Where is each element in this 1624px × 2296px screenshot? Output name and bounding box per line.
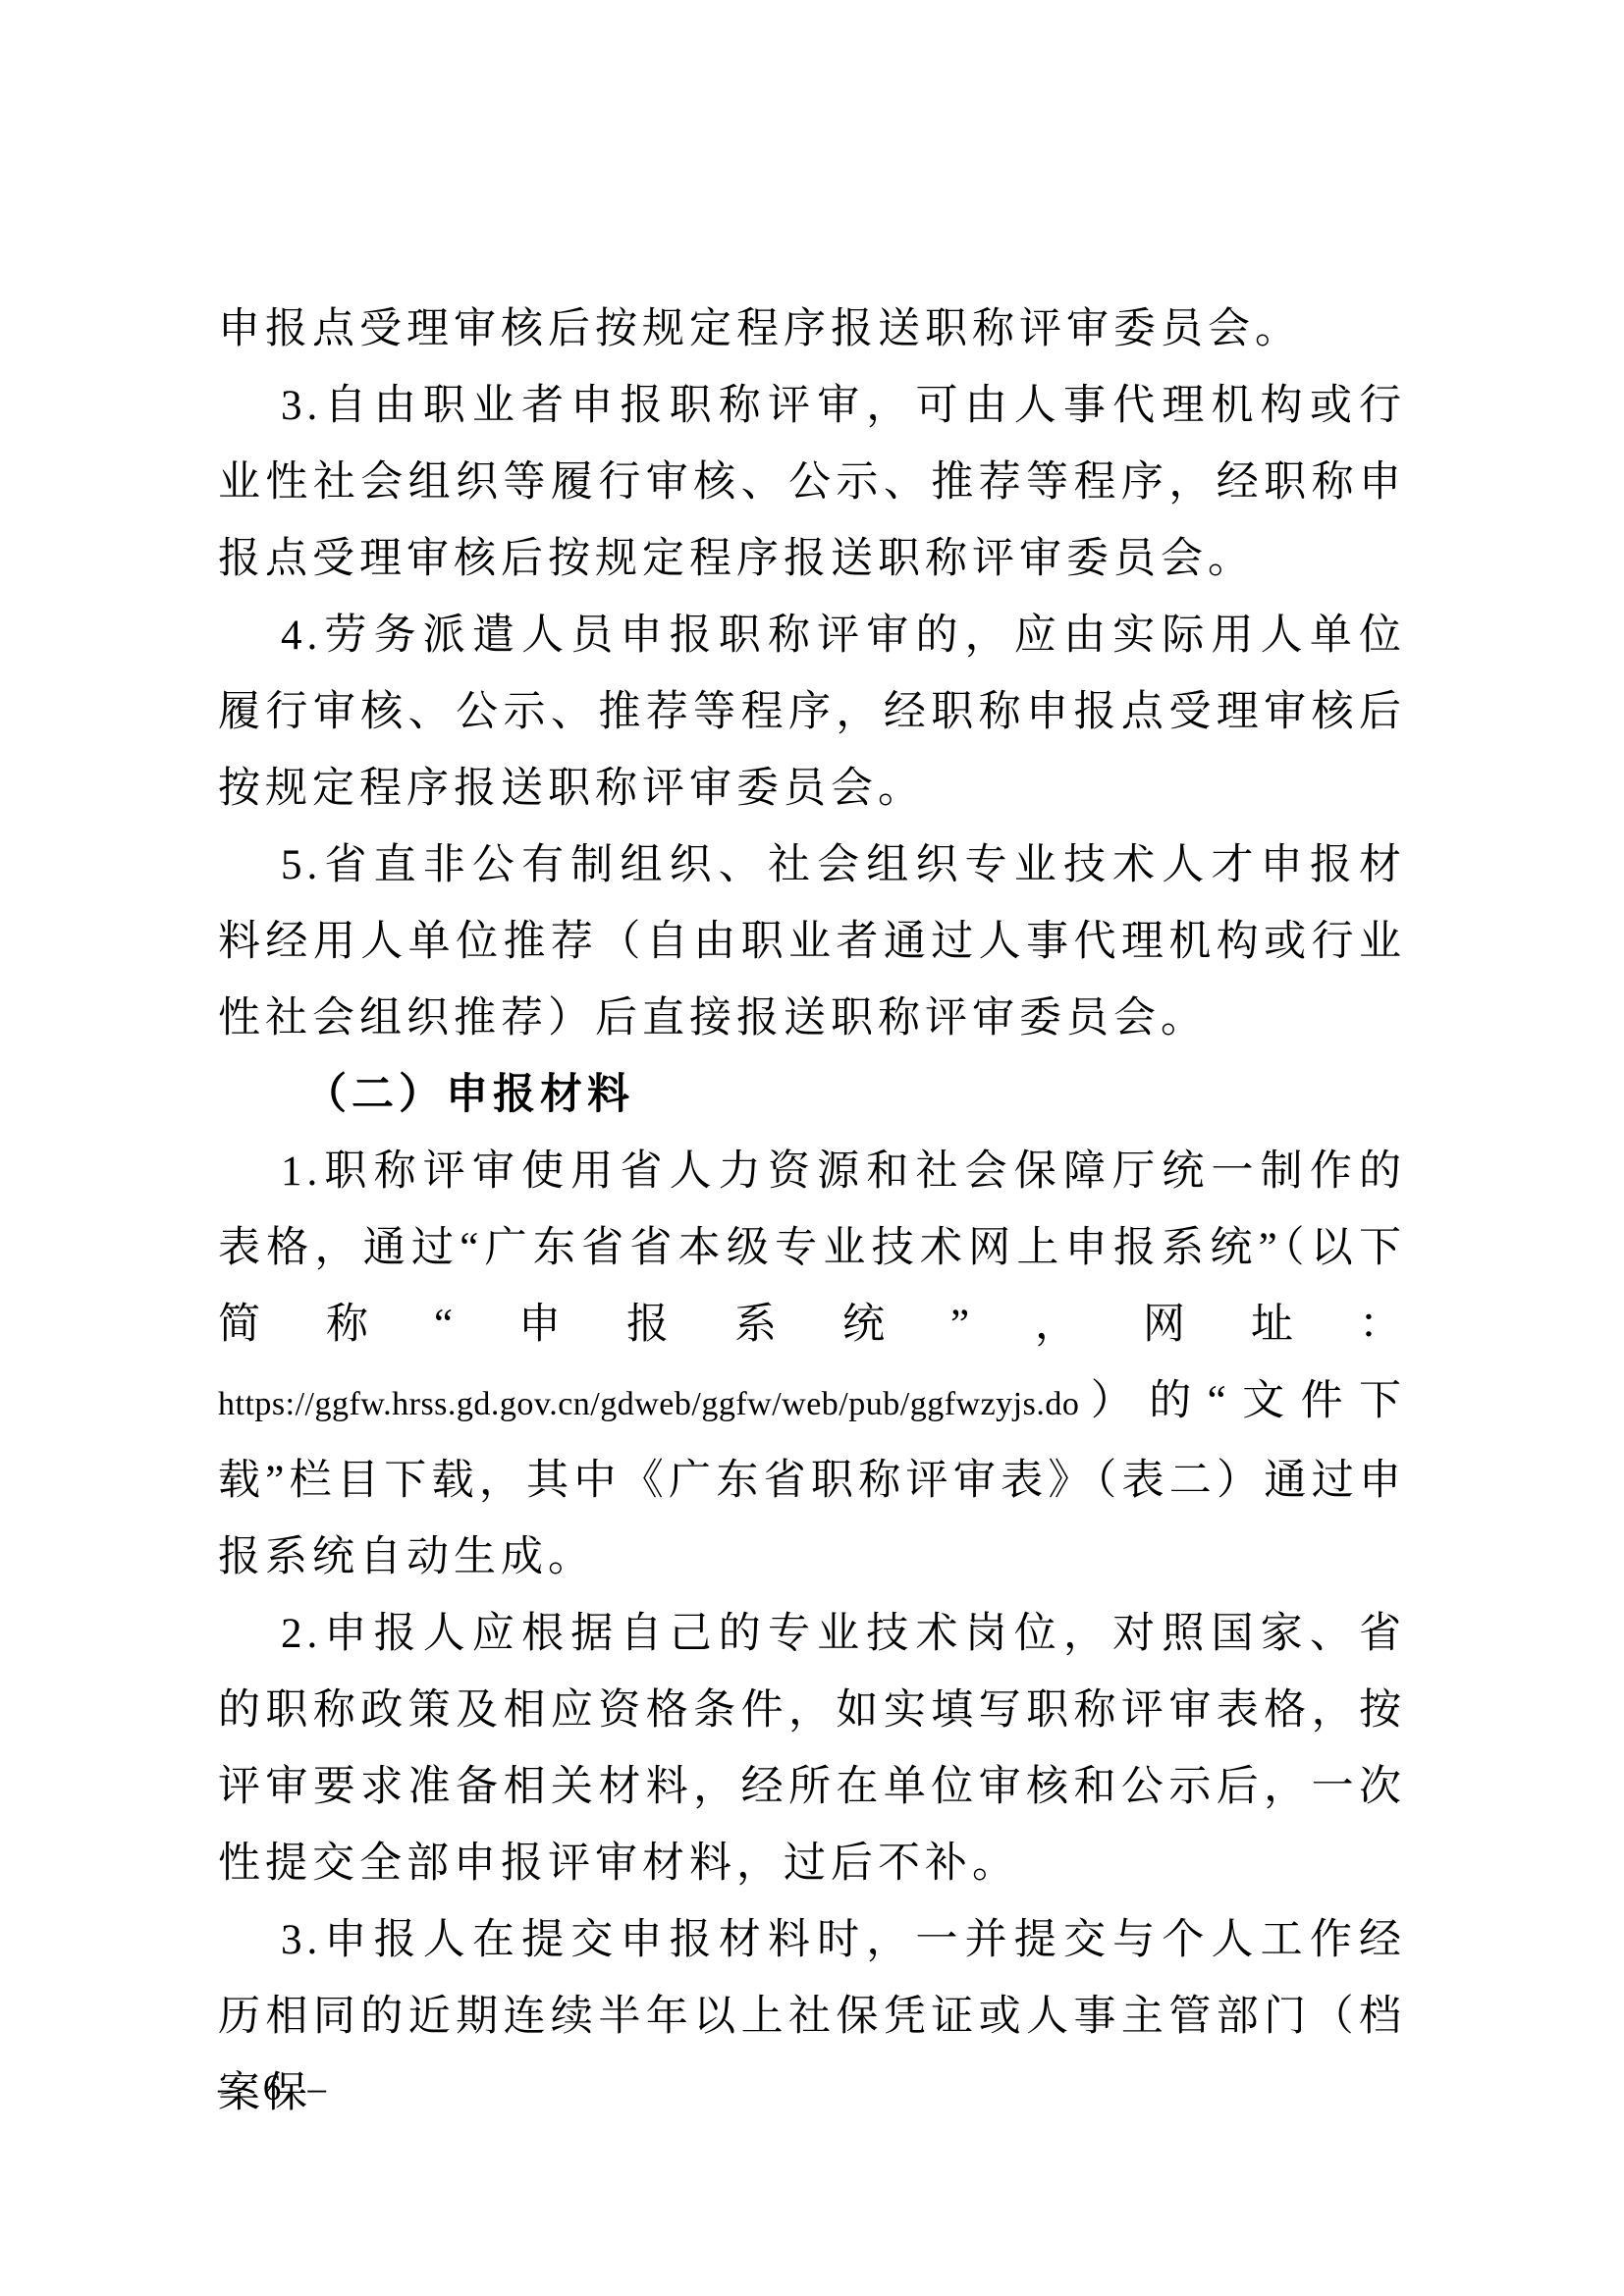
section-heading-application-materials: （二）申报材料: [218, 1057, 1406, 1134]
item1-text-before-url: 1.职称评审使用省人力资源和社会保障厅统一制作的表格，通过“广东省省本级专业技术…: [218, 1148, 1406, 1348]
paragraph-item5-nonpublic-orgs: 5.省直非公有制组织、社会组织专业技术人才申报材料经用人单位推荐（自由职业者通过…: [218, 828, 1406, 1057]
paragraph-item3-freelancers: 3.自由职业者申报职称评审，可由人事代理机构或行业性社会组织等履行审核、公示、推…: [218, 368, 1406, 598]
document-page: 申报点受理审核后按规定程序报送职称评审委员会。 3.自由职业者申报职称评审，可由…: [0, 0, 1624, 2296]
page-number: – 6 –: [218, 2067, 335, 2110]
paragraph-item4-dispatched-workers: 4.劳务派遣人员申报职称评审的，应由实际用人单位履行审核、公示、推荐等程序，经职…: [218, 598, 1406, 828]
paragraph-item2-requirements: 2.申报人应根据自己的专业技术岗位，对照国家、省的职称政策及相应资格条件，如实填…: [218, 1596, 1406, 1902]
application-system-url: https://ggfw.hrss.gd.gov.cn/gdweb/ggfw/w…: [218, 1386, 1079, 1422]
paragraph-continuation: 申报点受理审核后按规定程序报送职称评审委员会。: [218, 292, 1406, 368]
document-body: 申报点受理审核后按规定程序报送职称评审委员会。 3.自由职业者申报职称评审，可由…: [218, 292, 1406, 2132]
paragraph-item1-forms: 1.职称评审使用省人力资源和社会保障厅统一制作的表格，通过“广东省省本级专业技术…: [218, 1134, 1406, 1596]
paragraph-item3-social-security: 3.申报人在提交申报材料时，一并提交与个人工作经历相同的近期连续半年以上社保凭证…: [218, 1902, 1406, 2132]
